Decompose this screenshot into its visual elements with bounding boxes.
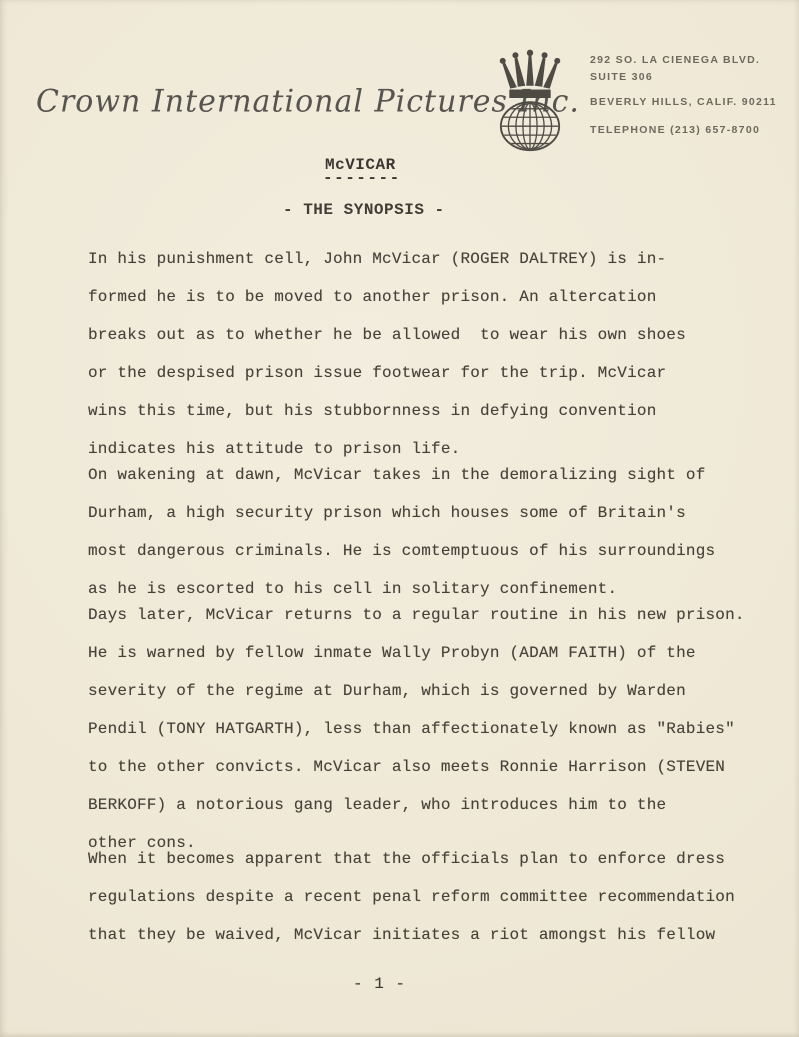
synopsis-heading: - THE SYNOPSIS -	[283, 201, 445, 219]
company-name: Crown International Pictures Inc.	[36, 83, 496, 119]
synopsis-paragraph-1: In his punishment cell, John McVicar (RO…	[88, 240, 788, 468]
synopsis-paragraph-4: When it becomes apparent that the offici…	[88, 840, 788, 954]
address-city: BEVERLY HILLS, CALIF. 90211	[590, 96, 777, 108]
synopsis-paragraph-2: On wakening at dawn, McVicar takes in th…	[88, 456, 788, 608]
film-title-underline: -------	[323, 169, 401, 187]
document-page: Crown International Pictures Inc.	[0, 0, 799, 1037]
address-telephone: TELEPHONE (213) 657-8700	[590, 124, 777, 136]
page-number: - 1 -	[353, 974, 406, 994]
crown-globe-logo-icon	[483, 42, 577, 154]
synopsis-paragraph-3: Days later, McVicar returns to a regular…	[88, 596, 788, 862]
address-suite: SUITE 306	[590, 71, 777, 83]
address-street: 292 SO. LA CIENEGA BLVD.	[590, 54, 777, 66]
letterhead-address: 292 SO. LA CIENEGA BLVD. SUITE 306 BEVER…	[590, 54, 777, 136]
